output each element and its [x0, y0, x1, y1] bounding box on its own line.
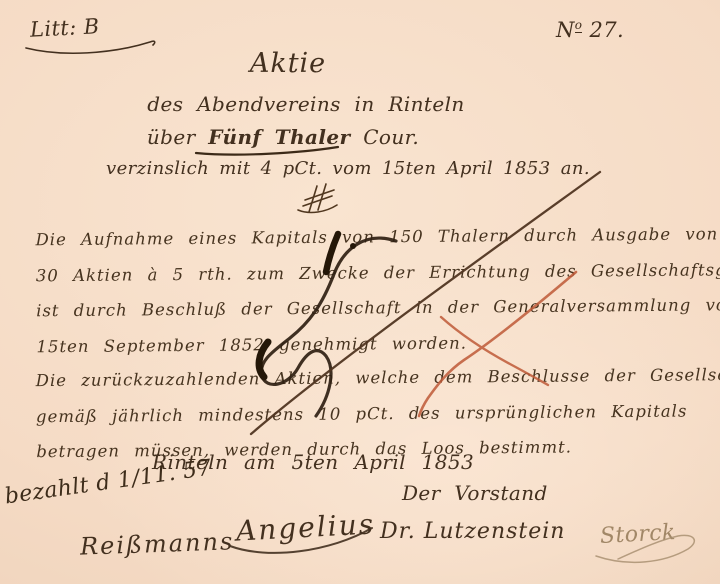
body-line: Die zurückzuzahlenden Aktien, welche dem…: [36, 360, 720, 402]
amount-line: über Fünf Thaler Cour.: [147, 125, 419, 149]
board-label: Der Vorstand: [402, 481, 548, 505]
number-prefix: N: [556, 18, 575, 42]
body-line: 30 Aktien à 5 rth. zum Zwecke der Errich…: [36, 254, 720, 296]
amount-prefix: über: [147, 125, 208, 149]
document-title: Aktie: [250, 48, 326, 79]
signature-lutzenstein: Dr. Lutzenstein: [380, 519, 565, 544]
litt-series-label: Litt: B: [29, 14, 100, 42]
document-number: No 27.: [556, 18, 624, 42]
body-line: gemäß jährlich mindestens 10 pCt. des ur…: [36, 395, 720, 437]
share-certificate-document: Litt: B No 27. Aktie des Abendvereins in…: [0, 0, 720, 584]
amount-underlined: Fünf Thaler: [208, 125, 350, 149]
body-line: Die Aufnahme eines Kapitals von 150 Thal…: [35, 219, 720, 261]
signature-storck-pencil: Storck: [599, 520, 676, 549]
signature-angelius: Angelius: [235, 507, 376, 547]
issuer-line: des Abendvereins in Rinteln: [147, 92, 464, 116]
body-paragraph-1: Die Aufnahme eines Kapitals von 150 Thal…: [35, 219, 720, 368]
amount-suffix: Cour.: [350, 125, 419, 149]
number-value: 27.: [582, 18, 624, 42]
signature-reissmanns: Reißmanns: [80, 527, 235, 560]
section-separator-mark: [298, 184, 337, 212]
interest-line: verzinslich mit 4 pCt. vom 15ten April 1…: [106, 158, 590, 179]
litt-underline-flourish: [26, 41, 155, 53]
body-line: ist durch Beschluß der Gesellschaft in d…: [36, 290, 720, 332]
